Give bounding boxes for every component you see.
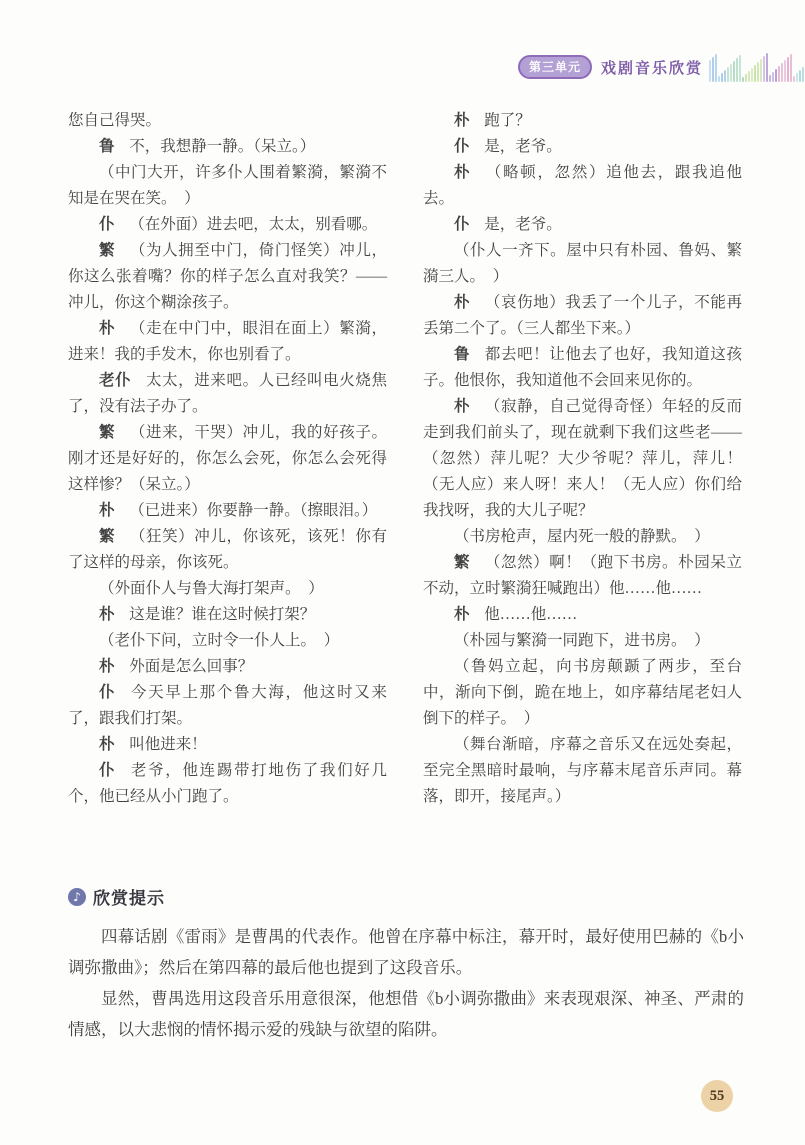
waveform-bar <box>736 58 738 82</box>
waveform-bar <box>712 57 714 82</box>
unit-title: 戏剧音乐欣赏 <box>601 57 703 78</box>
speaker-name: 朴 <box>454 112 470 129</box>
waveform-bar <box>784 60 786 82</box>
speaker-name: 繁 <box>454 554 470 571</box>
dialogue-paragraph: 繁（狂笑）冲儿，你该死，该死！你有了这样的母亲，你该死。 <box>68 524 387 576</box>
dialogue-paragraph: 仆是，老爷。 <box>423 134 742 160</box>
page-number-badge: 55 <box>701 1080 733 1112</box>
speaker-name: 鲁 <box>454 346 470 363</box>
speaker-name: 仆 <box>454 216 470 233</box>
dialogue-paragraph: 朴这是谁？谁在这时候打架？ <box>68 602 387 628</box>
waveform-bar <box>802 67 804 82</box>
dialogue-paragraph: 仆是，老爷。 <box>423 212 742 238</box>
waveform-bar <box>742 77 744 82</box>
tip-paragraph: 显然，曹禺选用这段音乐用意很深，他想借《b小调弥撒曲》来表现艰深、神圣、严肃的情… <box>68 983 744 1045</box>
dialogue-paragraph: 繁（为人拥至中门，倚门怪笑）冲儿，你这么张着嘴？你的样子怎么直对我笑？——冲儿，… <box>68 238 387 316</box>
music-note-icon: ♪ <box>68 888 86 906</box>
tip-title: 欣赏提示 <box>93 884 165 909</box>
stage-direction: （老仆下问，立时令一仆人上。 ） <box>68 628 387 654</box>
waveform-bar <box>718 76 720 82</box>
dialogue-paragraph: 仆老爷，他连踢带打地伤了我们好几个，他已经从小门跑了。 <box>68 758 387 810</box>
waveform-bar <box>748 71 750 82</box>
stage-direction: （朴园与繁漪一同跑下，进书房。 ） <box>423 628 742 654</box>
speaker-name: 繁 <box>99 242 115 259</box>
speaker-name: 繁 <box>99 424 115 441</box>
speaker-name: 朴 <box>99 502 115 519</box>
stage-direction: （书房枪声，屋内死一般的静默。 ） <box>423 524 742 550</box>
speaker-name: 朴 <box>454 398 470 415</box>
tip-header: ♪ 欣赏提示 <box>68 884 744 909</box>
waveform-bar <box>790 54 792 82</box>
continuation-paragraph: 您自己得哭。 <box>68 108 387 134</box>
dialogue-paragraph: 鲁都去吧！让他去了也好，我知道这孩子。他恨你，我知道他不会回来见你的。 <box>423 342 742 394</box>
speaker-name: 老仆 <box>99 372 131 389</box>
waveform-bar <box>781 63 783 82</box>
waveform-bar <box>763 56 765 82</box>
speaker-name: 繁 <box>99 528 115 545</box>
dialogue-paragraph: 朴跑了？ <box>423 108 742 134</box>
waveform-bar <box>760 59 762 82</box>
tip-body: 四幕话剧《雷雨》是曹禺的代表作。他曾在序幕中标注，幕开时，最好使用巴赫的《b小调… <box>68 921 744 1045</box>
dialogue-paragraph: 朴（寂静，自己觉得奇怪）年轻的反而走到我们前头了，现在就剩下我们这些老——（忽然… <box>423 394 742 524</box>
stage-direction: （舞台渐暗，序幕之音乐又在远处奏起，至完全黑暗时最响，与序幕末尾音乐声同。幕落，… <box>423 732 742 810</box>
dialogue-paragraph: 朴他……他…… <box>423 602 742 628</box>
stage-direction: （仆人一齐下。屋中只有朴园、鲁妈、繁漪三人。 ） <box>423 238 742 290</box>
speaker-name: 仆 <box>454 138 470 155</box>
dialogue-paragraph: 老仆太太，进来吧。人已经叫电火烧焦了，没有法子办了。 <box>68 368 387 420</box>
waveform-bar <box>772 72 774 82</box>
dialogue-paragraph: 朴外面是怎么回事？ <box>68 654 387 680</box>
waveform-bar <box>739 55 741 82</box>
script-column-left: 您自己得哭。鲁不，我想静一静。（呆立。）（中门大开，许多仆人围着繁漪，繁漪不知是… <box>68 108 387 810</box>
waveform-bar <box>775 69 777 82</box>
waveform-bar <box>799 70 801 82</box>
dialogue-paragraph: 朴叫他进来！ <box>68 732 387 758</box>
speaker-name: 朴 <box>99 606 115 623</box>
waveform-bar <box>715 54 717 82</box>
stage-direction: （中门大开，许多仆人围着繁漪，繁漪不知是在哭在笑。 ） <box>68 160 387 212</box>
waveform-bar <box>730 64 732 82</box>
play-script: 您自己得哭。鲁不，我想静一静。（呆立。）（中门大开，许多仆人围着繁漪，繁漪不知是… <box>68 108 742 810</box>
dialogue-paragraph: 朴（走在中门中，眼泪在面上）繁漪，进来！我的手发木，你也别看了。 <box>68 316 387 368</box>
speaker-name: 朴 <box>454 606 470 623</box>
waveform-bar <box>721 73 723 82</box>
waveform-bar <box>745 74 747 82</box>
dialogue-paragraph: 繁（进来，干哭）冲儿，我的好孩子。刚才还是好好的，你怎么会死，你怎么会死得这样惨… <box>68 420 387 498</box>
dialogue-paragraph: 仆（在外面）进去吧，太太，别看哪。 <box>68 212 387 238</box>
speaker-name: 朴 <box>99 736 115 753</box>
speaker-name: 朴 <box>454 164 471 181</box>
dialogue-paragraph: 鲁不，我想静一静。（呆立。） <box>68 134 387 160</box>
waveform-bar <box>733 61 735 82</box>
stage-direction: （鲁妈立起，向书房颠踬了两步，至台中，渐向下倒，跪在地上，如序幕结尾老妇人倒下的… <box>423 654 742 732</box>
dialogue-paragraph: 朴（已进来）你要静一静。（擦眼泪。） <box>68 498 387 524</box>
waveform-bar <box>769 75 771 82</box>
waveform-bar <box>727 67 729 82</box>
tip-paragraph: 四幕话剧《雷雨》是曹禺的代表作。他曾在序幕中标注，幕开时，最好使用巴赫的《b小调… <box>68 921 744 983</box>
audio-waveform-icon <box>709 52 805 82</box>
waveform-bar <box>724 70 726 82</box>
appreciation-tip-section: ♪ 欣赏提示 四幕话剧《雷雨》是曹禺的代表作。他曾在序幕中标注，幕开时，最好使用… <box>68 884 744 1045</box>
stage-direction: （外面仆人与鲁大海打架声。 ） <box>68 576 387 602</box>
speaker-name: 朴 <box>99 658 115 675</box>
waveform-bar <box>787 57 789 82</box>
speaker-name: 仆 <box>99 684 116 701</box>
speaker-name: 朴 <box>99 320 115 337</box>
speaker-name: 仆 <box>99 216 115 233</box>
waveform-bar <box>766 53 768 82</box>
speaker-name: 鲁 <box>99 138 115 155</box>
waveform-bar <box>754 65 756 82</box>
dialogue-paragraph: 繁（忽然）啊！（跑下书房。朴园呆立不动，立时繁漪狂喊跑出）他……他…… <box>423 550 742 602</box>
dialogue-paragraph: 仆今天早上那个鲁大海，他这时又来了，跟我们打架。 <box>68 680 387 732</box>
waveform-bar <box>751 68 753 82</box>
unit-badge: 第三单元 <box>518 55 592 79</box>
waveform-bar <box>757 62 759 82</box>
speaker-name: 朴 <box>454 294 470 311</box>
waveform-bar <box>778 66 780 82</box>
waveform-bar <box>709 60 711 82</box>
speaker-name: 仆 <box>99 762 116 779</box>
waveform-bar <box>793 76 795 82</box>
dialogue-paragraph: 朴（略顿，忽然）追他去，跟我追他去。 <box>423 160 742 212</box>
script-column-right: 朴跑了？仆是，老爷。朴（略顿，忽然）追他去，跟我追他去。仆是，老爷。（仆人一齐下… <box>423 108 742 810</box>
page-header: 第三单元 戏剧音乐欣赏 <box>0 52 805 82</box>
waveform-bar <box>796 73 798 82</box>
dialogue-paragraph: 朴（哀伤地）我丢了一个儿子，不能再丢第二个了。（三人都坐下来。） <box>423 290 742 342</box>
